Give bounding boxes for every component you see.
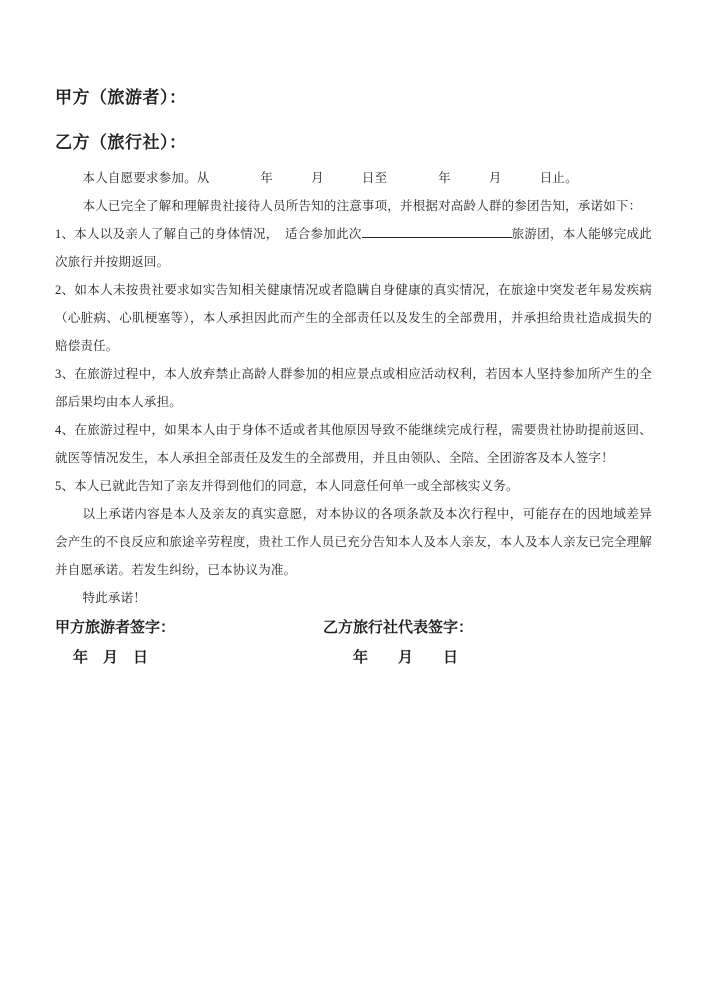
clause-5: 5、本人已就此告知了亲友并得到他们的同意，本人同意任何单一或全部核实义务。: [55, 472, 652, 500]
hereby-commitment-line: 特此承诺！: [55, 584, 652, 612]
party-b-date-line: 年 月 日: [323, 644, 652, 672]
party-b-signature-label: 乙方旅行社代表签字：: [323, 614, 652, 642]
party-a-heading: 甲方（旅游者）：: [55, 86, 652, 110]
closing-paragraph: 以上承诺内容是本人及亲友的真实意愿，对本协议的各项条款及本次行程中，可能存在的因…: [55, 500, 652, 584]
party-a-signature-label: 甲方旅游者签字：: [55, 614, 323, 642]
party-b-heading: 乙方（旅行社）：: [55, 131, 652, 155]
notice-acknowledgement-paragraph: 本人已完全了解和理解贵社接待人员所告知的注意事项，并根据对高龄人群的参团告知，承…: [55, 192, 652, 220]
clause-4: 4、在旅游过程中，如果本人由于身体不适或者其他原因导致不能继续完成行程，需要贵社…: [55, 416, 652, 472]
signature-label-row: 甲方旅游者签字： 乙方旅行社代表签字：: [55, 614, 652, 642]
clause-1-pre-text: 1、本人以及亲人了解自己的身体情况， 适合参加此次: [55, 227, 362, 241]
clause-1: 1、本人以及亲人了解自己的身体情况， 适合参加此次旅游团，本人能够完成此次旅行并…: [55, 220, 652, 276]
contract-page: 甲方（旅游者）： 乙方（旅行社）： 本人自愿要求参加。从 年 月 日至 年 月 …: [0, 0, 702, 993]
participation-date-line: 本人自愿要求参加。从 年 月 日至 年 月 日止。: [55, 164, 652, 192]
clause-2: 2、如本人未按贵社要求如实告知相关健康情况或者隐瞒自身健康的真实情况，在旅途中突…: [55, 276, 652, 360]
tour-name-blank-line: [362, 224, 512, 238]
party-a-date-line: 年 月 日: [55, 644, 323, 672]
clause-3: 3、在旅游过程中，本人放弃禁止高龄人群参加的相应景点或相应活动权利，若因本人坚持…: [55, 360, 652, 416]
signature-date-row: 年 月 日 年 月 日: [55, 644, 652, 672]
